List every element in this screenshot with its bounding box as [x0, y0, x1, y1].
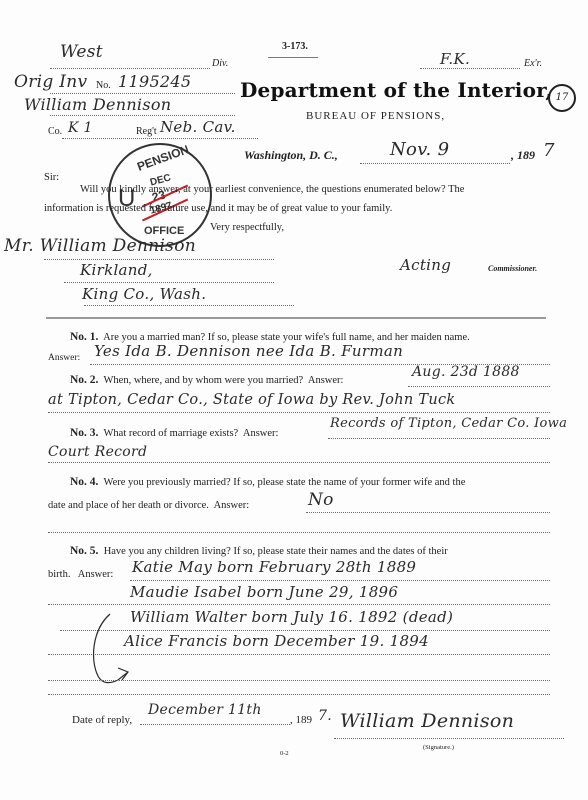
answer-4-line-2 [48, 532, 550, 533]
answer-3-line-2-text: Court Record [48, 444, 147, 460]
division-line [50, 68, 210, 69]
section-divider [46, 317, 546, 319]
addressee-line-3 [84, 305, 294, 306]
letter-date: Nov. 9 [390, 139, 449, 160]
question-text: When, where, and by whom were you marrie… [104, 375, 304, 386]
place-label: Washington, D. C., [244, 148, 338, 163]
answer-4-line [306, 512, 550, 513]
examiner-label: Ex'r. [524, 58, 542, 69]
child-2-line [48, 604, 550, 605]
question-text: date and place of her death or divorce. [48, 500, 209, 511]
form-number: 3-173. [282, 41, 308, 52]
company-label: Co. [48, 126, 62, 137]
soldier-name: William Dennison [24, 95, 171, 114]
addressee-line-1 [44, 259, 274, 260]
bureau-subtitle: BUREAU OF PENSIONS, [306, 110, 445, 122]
question-2: No. 2. When, where, and by whom were you… [70, 374, 343, 386]
claim-line [50, 93, 235, 94]
claim-type: Orig Inv [14, 72, 87, 92]
answer-label: Answer: [78, 569, 114, 580]
answer-2-line [408, 386, 550, 387]
question-4-continued: date and place of her death or divorce. … [48, 500, 249, 511]
claim-number: 1195245 [118, 72, 191, 91]
form-number-rule [268, 57, 318, 58]
company-value: K 1 [68, 120, 93, 136]
regiment-value: Neb. Cav. [160, 118, 236, 136]
answer-1: Yes Ida B. Dennison nee Ida B. Furman [94, 342, 403, 360]
reply-year-prefix: , 189 [290, 714, 312, 726]
claim-number-label: No. [96, 80, 111, 91]
answer-2-place: at Tipton, Cedar Co., State of Iowa by R… [48, 392, 456, 408]
date-of-reply-value: December 11th [148, 702, 262, 718]
answer-3-line-2 [48, 462, 550, 463]
year-suffix: 7 [543, 140, 555, 161]
addressee-name: Mr. William Dennison [4, 236, 196, 256]
answer-label: Answer: [214, 500, 250, 511]
pension-questionnaire-document: West Div. 3-173. F.K. Ex'r. Orig Inv No.… [0, 0, 588, 800]
child-2: Maudie Isabel born June 29, 1896 [130, 583, 398, 601]
question-number: No. 4. [70, 476, 98, 488]
answer-3: Records of Tipton, Cedar Co. Iowa [330, 416, 567, 431]
question-5-continued: birth. Answer: [48, 569, 113, 580]
company-regiment-line [62, 138, 258, 139]
question-text: Were you previously married? If so, plea… [104, 477, 466, 488]
answer-4: No [308, 490, 334, 510]
question-text: birth. [48, 569, 70, 580]
addressee-city: Kirkland, [80, 261, 153, 279]
answer-label: Answer: [308, 375, 344, 386]
bracket-arrow-mark [88, 610, 148, 690]
answer-5-extra-line [48, 680, 550, 681]
question-text: Have you any children living? If so, ple… [104, 546, 448, 557]
salutation: Sir: [44, 172, 59, 183]
department-title: Department of the Interior, [240, 78, 553, 102]
answer-5-end-line [48, 694, 550, 695]
addressee-county: King Co., Wash. [82, 285, 206, 303]
question-4: No. 4. Were you previously married? If s… [70, 476, 465, 488]
regiment-label: Reg't [136, 126, 157, 137]
answer-label: Answer: [243, 428, 279, 439]
letter-body-line-2: information is requested for future use,… [44, 203, 392, 214]
applicant-signature: William Dennison [340, 710, 514, 732]
division-label: Div. [212, 58, 228, 69]
letter-date-line [360, 163, 510, 164]
addressee-line-2 [64, 282, 274, 283]
signature-line [334, 738, 564, 739]
answer-label: Answer: [48, 353, 80, 363]
question-number: No. 3. [70, 427, 98, 439]
circled-number-mark: 17 [548, 84, 576, 112]
question-number: No. 2. [70, 374, 98, 386]
answer-2-date: Aug. 23d 1888 [412, 364, 520, 380]
letter-closing: Very respectfully, [210, 222, 284, 233]
year-prefix: , 189 [511, 148, 535, 163]
date-of-reply-label: Date of reply, [72, 714, 132, 726]
date-of-reply-line [140, 724, 290, 725]
answer-2-line-2 [48, 412, 550, 413]
child-1: Katie May born February 28th 1889 [132, 558, 416, 576]
child-4: Alice Francis born December 19. 1894 [124, 632, 429, 650]
question-5: No. 5. Have you any children living? If … [70, 545, 448, 557]
child-1-line [130, 580, 550, 581]
question-3: No. 3. What record of marriage exists? A… [70, 427, 278, 439]
division-value: West [60, 42, 103, 62]
acting-signature: Acting [400, 256, 451, 274]
question-text: What record of marriage exists? [104, 428, 239, 439]
footer-form-code: 0-2 [280, 750, 289, 757]
signature-label: (Signature.) [423, 744, 454, 751]
reply-year-suffix: 7. [318, 708, 332, 724]
soldier-name-line [50, 115, 235, 116]
pension-office-stamp: PENSION U DEC 23 1897 OFFICE [108, 143, 212, 247]
answer-3-line [328, 438, 550, 439]
examiner-line [420, 68, 520, 69]
letter-body-line-1: Will you kindly answer, at your earliest… [80, 184, 464, 195]
commissioner-label: Commissioner. [488, 264, 537, 273]
child-3: William Walter born July 16. 1892 (dead) [130, 608, 453, 626]
question-number: No. 5. [70, 545, 98, 557]
stamp-top-text: PENSION [135, 142, 191, 174]
examiner-initials: F.K. [440, 50, 470, 68]
